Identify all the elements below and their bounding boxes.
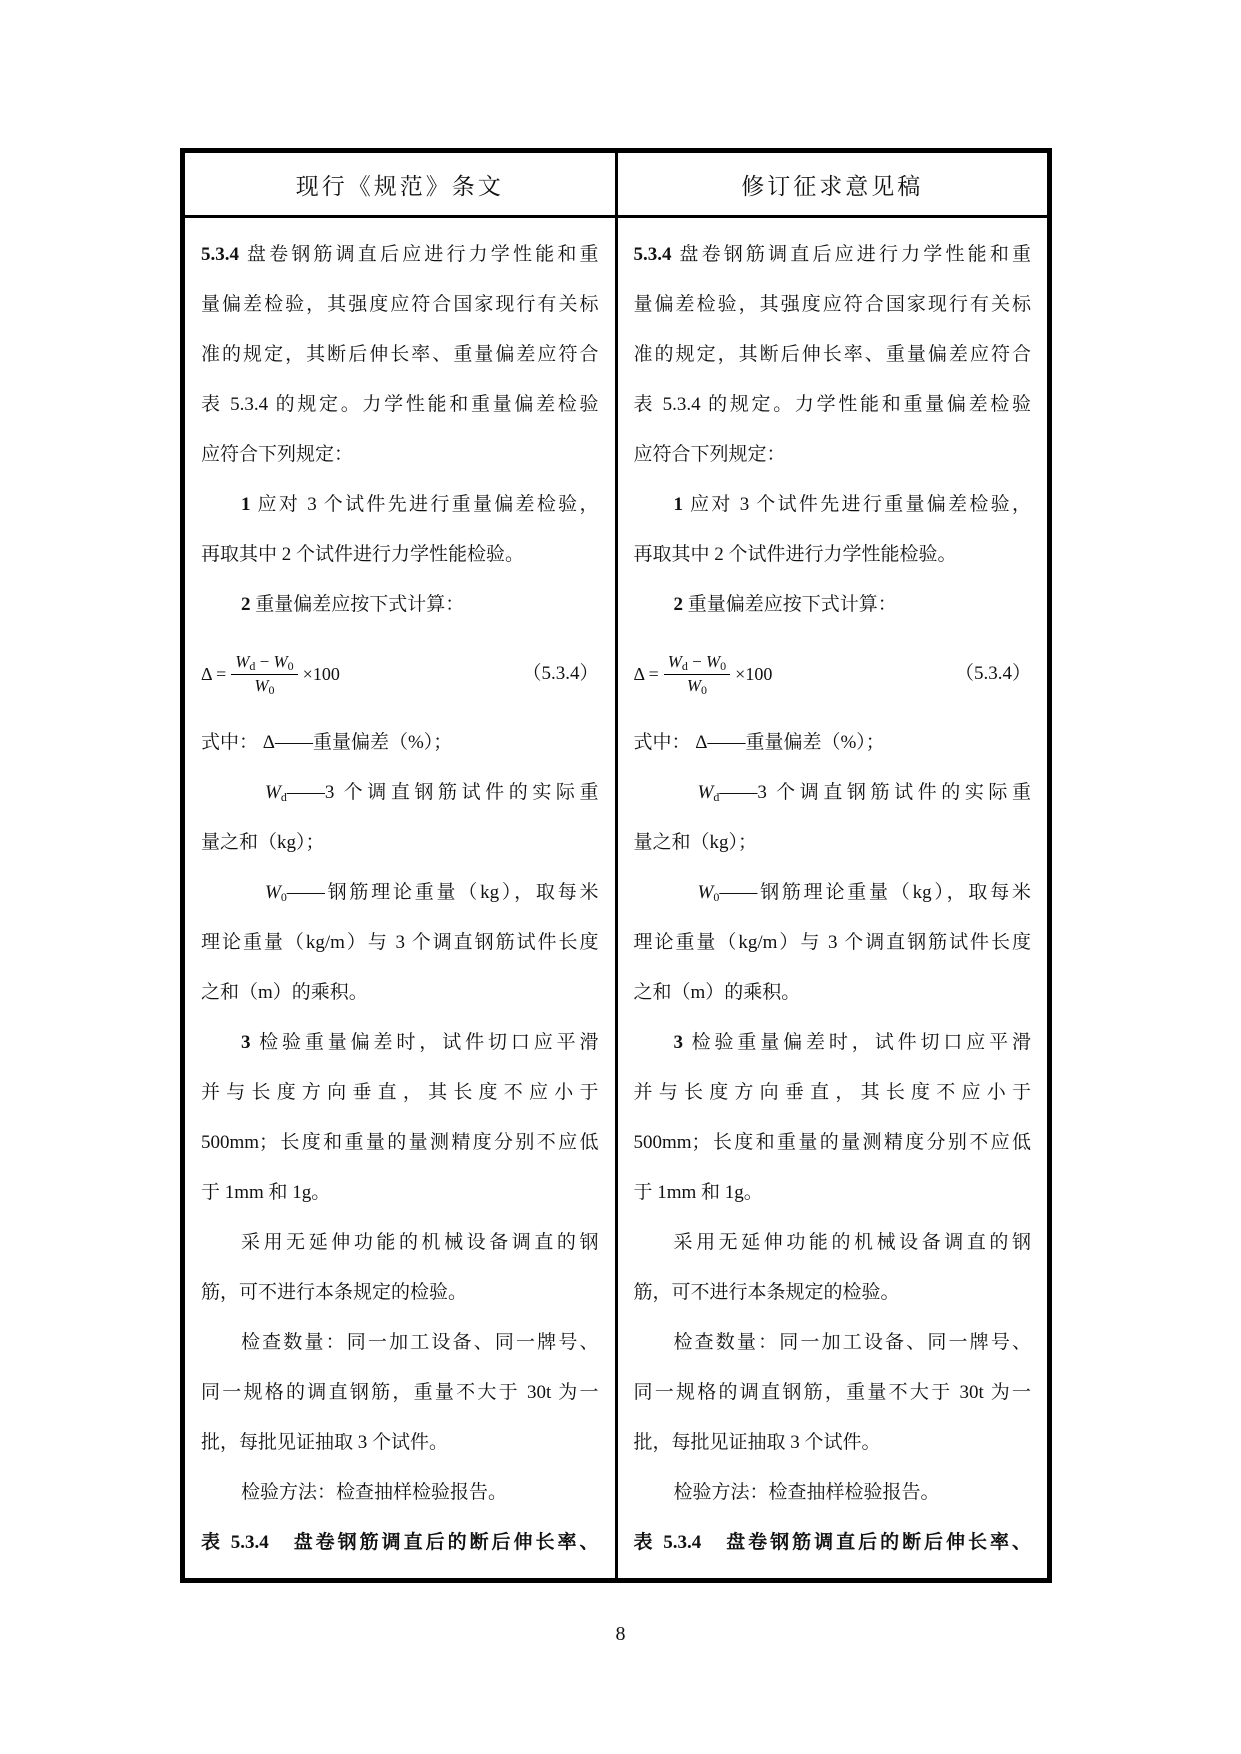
text-segment: ——3 个调直钢筋试件的实际重 <box>287 782 599 803</box>
text-segment: 重量偏差应按下式计算： <box>683 594 897 615</box>
text-segment: 检验重量偏差时，试件切口应平滑 <box>251 1032 599 1053</box>
text-segment: ——钢筋理论重量（kg），取每米 <box>719 882 1031 903</box>
text-line: 批，每批见证抽取 3 个试件。 <box>634 1418 1032 1468</box>
text-segment: 0 <box>720 659 726 673</box>
text-segment: W <box>668 652 682 671</box>
text-line: 500mm；长度和重量的量测精度分别不应低 <box>634 1118 1032 1168</box>
text-segment: 3 <box>674 1032 684 1053</box>
text-segment: 之和（m）的乘积。 <box>201 982 368 1003</box>
text-line: 2 重量偏差应按下式计算： <box>201 580 599 630</box>
text-segment: 1 <box>674 494 684 515</box>
text-line: 理论重量（kg/m）与 3 个调直钢筋试件长度 <box>634 918 1032 968</box>
page-number: 8 <box>0 1620 1241 1648</box>
text-segment: 检验方法：检查抽样检验报告。 <box>674 1482 940 1503</box>
column-revised-draft-text: 5.3.4 盘卷钢筋调直后应进行力学性能和重量偏差检验，其强度应符合国家现行有关… <box>618 218 1048 1578</box>
text-segment: 准的规定，其断后伸长率、重量偏差应符合 <box>634 344 1032 365</box>
text-segment: 量之和（kg）； <box>634 832 758 853</box>
text-line: 表 5.3.4 盘卷钢筋调直后的断后伸长率、 <box>634 1518 1032 1568</box>
text-segment: 0 <box>288 659 294 673</box>
text-line: 检验方法：检查抽样检验报告。 <box>201 1468 599 1518</box>
text-segment: ——钢筋理论重量（kg），取每米 <box>287 882 599 903</box>
text-line: 3 检验重量偏差时，试件切口应平滑 <box>201 1018 599 1068</box>
text-line: 准的规定，其断后伸长率、重量偏差应符合 <box>634 330 1032 380</box>
text-line: 再取其中 2 个试件进行力学性能检验。 <box>634 530 1032 580</box>
text-segment: 0 <box>269 683 275 697</box>
text-line: 并与长度方向垂直，其长度不应小于 <box>201 1068 599 1118</box>
text-segment: Δ = <box>201 664 226 684</box>
header-cell-revised-draft: 修订征求意见稿 <box>618 153 1048 215</box>
text-segment: 式中： <box>201 732 263 753</box>
text-segment: 量偏差检验，其强度应符合国家现行有关标 <box>634 294 1032 315</box>
text-line: 2 重量偏差应按下式计算： <box>634 580 1032 630</box>
text-segment: 并与长度方向垂直，其长度不应小于 <box>634 1082 1032 1103</box>
text-segment: 批，每批见证抽取 3 个试件。 <box>201 1432 448 1453</box>
text-line: 检验方法：检查抽样检验报告。 <box>634 1468 1032 1518</box>
text-segment: ——重量偏差（%）； <box>707 732 884 753</box>
text-segment: 同一规格的调直钢筋，重量不大于 30t 为一 <box>634 1382 1032 1403</box>
table-header-row: 现行《规范》条文 修订征求意见稿 <box>185 153 1047 218</box>
text-segment: 再取其中 2 个试件进行力学性能检验。 <box>634 544 957 565</box>
text-segment: ——重量偏差（%）； <box>275 732 452 753</box>
text-segment: ×100 <box>303 664 340 684</box>
text-segment: 表 5.3.4 的规定。力学性能和重量偏差检验 <box>634 394 1032 415</box>
text-line: 批，每批见证抽取 3 个试件。 <box>201 1418 599 1468</box>
text-segment: 1 <box>241 494 251 515</box>
text-segment: 再取其中 2 个试件进行力学性能检验。 <box>201 544 524 565</box>
text-segment: 500mm；长度和重量的量测精度分别不应低 <box>634 1132 1032 1153</box>
text-segment: − <box>255 652 273 671</box>
text-line: W0——钢筋理论重量（kg），取每米 <box>201 868 599 918</box>
text-segment: 应对 3 个试件先进行重量偏差检验， <box>683 494 1031 515</box>
text-segment: 应符合下列规定： <box>201 444 353 465</box>
text-line: 准的规定，其断后伸长率、重量偏差应符合 <box>201 330 599 380</box>
text-segment: 500mm；长度和重量的量测精度分别不应低 <box>201 1132 599 1153</box>
formula-rhs: ×100 <box>303 649 340 699</box>
text-segment: W <box>706 652 720 671</box>
text-segment: 2 <box>674 594 684 615</box>
equation-number: （5.3.4） <box>522 649 598 699</box>
text-segment: 理论重量（kg/m）与 3 个调直钢筋试件长度 <box>201 932 599 953</box>
column-current-code-text: 5.3.4 盘卷钢筋调直后应进行力学性能和重量偏差检验，其强度应符合国家现行有关… <box>185 218 618 1578</box>
text-segment: 应对 3 个试件先进行重量偏差检验， <box>251 494 599 515</box>
text-segment: 筋，可不进行本条规定的检验。 <box>201 1282 467 1303</box>
text-segment: W <box>687 676 701 695</box>
text-line: 理论重量（kg/m）与 3 个调直钢筋试件长度 <box>201 918 599 968</box>
text-segment: 表 5.3.4 盘卷钢筋调直后的断后伸长率、 <box>201 1532 599 1553</box>
fraction: Wd − W0W0 <box>231 651 297 698</box>
text-segment: ——3 个调直钢筋试件的实际重 <box>719 782 1031 803</box>
text-line: 同一规格的调直钢筋，重量不大于 30t 为一 <box>201 1368 599 1418</box>
text-line: 量之和（kg）； <box>201 818 599 868</box>
text-segment: 于 1mm 和 1g。 <box>634 1182 763 1203</box>
text-line: 并与长度方向垂直，其长度不应小于 <box>634 1068 1032 1118</box>
text-segment: W <box>265 882 281 903</box>
text-line: 式中： Δ——重量偏差（%）； <box>201 718 599 768</box>
text-line: 于 1mm 和 1g。 <box>201 1168 599 1218</box>
table-body-row: 5.3.4 盘卷钢筋调直后应进行力学性能和重量偏差检验，其强度应符合国家现行有关… <box>185 218 1047 1578</box>
fraction-numerator: Wd − W0 <box>231 651 297 675</box>
text-segment: W <box>265 782 281 803</box>
text-line: 5.3.4 盘卷钢筋调直后应进行力学性能和重 <box>634 230 1032 280</box>
text-segment: 0 <box>701 683 707 697</box>
text-line: 应符合下列规定： <box>634 430 1032 480</box>
text-segment: 重量偏差应按下式计算： <box>251 594 465 615</box>
text-segment: 之和（m）的乘积。 <box>634 982 801 1003</box>
text-segment: 盘卷钢筋调直后应进行力学性能和重 <box>672 244 1032 265</box>
text-line: 量之和（kg）； <box>634 818 1032 868</box>
text-segment: 3 <box>241 1032 251 1053</box>
text-segment: 量偏差检验，其强度应符合国家现行有关标 <box>201 294 599 315</box>
text-segment: 检查数量：同一加工设备、同一牌号、 <box>674 1332 1032 1353</box>
text-segment: W <box>235 652 249 671</box>
fraction-denominator: W0 <box>683 675 711 698</box>
text-segment: 5.3.4 <box>634 244 672 265</box>
text-segment: 检查数量：同一加工设备、同一牌号、 <box>241 1332 599 1353</box>
text-line: 量偏差检验，其强度应符合国家现行有关标 <box>634 280 1032 330</box>
formula-lhs: Δ = <box>634 649 659 699</box>
text-segment: 盘卷钢筋调直后应进行力学性能和重 <box>239 244 599 265</box>
text-segment: 检验方法：检查抽样检验报告。 <box>241 1482 507 1503</box>
text-segment: 表 5.3.4 的规定。力学性能和重量偏差检验 <box>201 394 599 415</box>
text-segment: ×100 <box>735 664 772 684</box>
text-segment: 于 1mm 和 1g。 <box>201 1182 330 1203</box>
fraction-numerator: Wd − W0 <box>664 651 730 675</box>
text-line: Wd——3 个调直钢筋试件的实际重 <box>634 768 1032 818</box>
text-segment: − <box>688 652 706 671</box>
text-segment: 批，每批见证抽取 3 个试件。 <box>634 1432 881 1453</box>
text-segment: W <box>698 882 714 903</box>
text-line: 之和（m）的乘积。 <box>634 968 1032 1018</box>
text-line: 量偏差检验，其强度应符合国家现行有关标 <box>201 280 599 330</box>
text-line: 筋，可不进行本条规定的检验。 <box>201 1268 599 1318</box>
equation-number: （5.3.4） <box>955 649 1031 699</box>
fraction: Wd − W0W0 <box>664 651 730 698</box>
formula-rhs: ×100 <box>735 649 772 699</box>
text-line: 采用无延伸功能的机械设备调直的钢 <box>201 1218 599 1268</box>
text-segment: 准的规定，其断后伸长率、重量偏差应符合 <box>201 344 599 365</box>
text-line: 同一规格的调直钢筋，重量不大于 30t 为一 <box>634 1368 1032 1418</box>
text-segment: 检验重量偏差时，试件切口应平滑 <box>683 1032 1031 1053</box>
text-line: 检查数量：同一加工设备、同一牌号、 <box>634 1318 1032 1368</box>
text-line: Wd——3 个调直钢筋试件的实际重 <box>201 768 599 818</box>
fraction-denominator: W0 <box>250 675 278 698</box>
formula-lhs: Δ = <box>201 649 226 699</box>
text-segment: 理论重量（kg/m）与 3 个调直钢筋试件长度 <box>634 932 1032 953</box>
text-line: 1 应对 3 个试件先进行重量偏差检验， <box>201 480 599 530</box>
text-segment: 并与长度方向垂直，其长度不应小于 <box>201 1082 599 1103</box>
text-line: 5.3.4 盘卷钢筋调直后应进行力学性能和重 <box>201 230 599 280</box>
text-segment: 2 <box>241 594 251 615</box>
weight-deviation-formula: Δ = Wd − W0W0×100（5.3.4） <box>201 630 599 718</box>
text-segment: 量之和（kg）； <box>201 832 325 853</box>
document-page: { "page": { "number": "8" }, "table": { … <box>0 0 1241 1754</box>
text-line: 筋，可不进行本条规定的检验。 <box>634 1268 1032 1318</box>
text-line: 表 5.3.4 的规定。力学性能和重量偏差检验 <box>634 380 1032 430</box>
text-segment: Δ <box>695 732 707 753</box>
text-line: 1 应对 3 个试件先进行重量偏差检验， <box>634 480 1032 530</box>
text-line: 3 检验重量偏差时，试件切口应平滑 <box>634 1018 1032 1068</box>
text-segment: 5.3.4 <box>201 244 239 265</box>
text-line: 再取其中 2 个试件进行力学性能检验。 <box>201 530 599 580</box>
text-segment: 采用无延伸功能的机械设备调直的钢 <box>674 1232 1032 1253</box>
header-cell-current-code: 现行《规范》条文 <box>185 153 618 215</box>
text-line: 之和（m）的乘积。 <box>201 968 599 1018</box>
comparison-table: 现行《规范》条文 修订征求意见稿 5.3.4 盘卷钢筋调直后应进行力学性能和重量… <box>180 148 1052 1583</box>
text-segment: 应符合下列规定： <box>634 444 786 465</box>
text-segment: Δ <box>263 732 275 753</box>
text-segment: W <box>274 652 288 671</box>
text-line: 检查数量：同一加工设备、同一牌号、 <box>201 1318 599 1368</box>
text-line: 采用无延伸功能的机械设备调直的钢 <box>634 1218 1032 1268</box>
text-segment: 表 5.3.4 盘卷钢筋调直后的断后伸长率、 <box>634 1532 1032 1553</box>
text-segment: W <box>254 676 268 695</box>
text-segment: 同一规格的调直钢筋，重量不大于 30t 为一 <box>201 1382 599 1403</box>
text-line: 表 5.3.4 的规定。力学性能和重量偏差检验 <box>201 380 599 430</box>
weight-deviation-formula: Δ = Wd − W0W0×100（5.3.4） <box>634 630 1032 718</box>
text-segment: 式中： <box>634 732 696 753</box>
text-segment: 采用无延伸功能的机械设备调直的钢 <box>241 1232 599 1253</box>
text-segment: W <box>698 782 714 803</box>
text-line: W0——钢筋理论重量（kg），取每米 <box>634 868 1032 918</box>
text-line: 500mm；长度和重量的量测精度分别不应低 <box>201 1118 599 1168</box>
text-segment: Δ = <box>634 664 659 684</box>
text-segment: 筋，可不进行本条规定的检验。 <box>634 1282 900 1303</box>
text-line: 应符合下列规定： <box>201 430 599 480</box>
text-line: 式中： Δ——重量偏差（%）； <box>634 718 1032 768</box>
text-line: 于 1mm 和 1g。 <box>634 1168 1032 1218</box>
text-line: 表 5.3.4 盘卷钢筋调直后的断后伸长率、 <box>201 1518 599 1568</box>
